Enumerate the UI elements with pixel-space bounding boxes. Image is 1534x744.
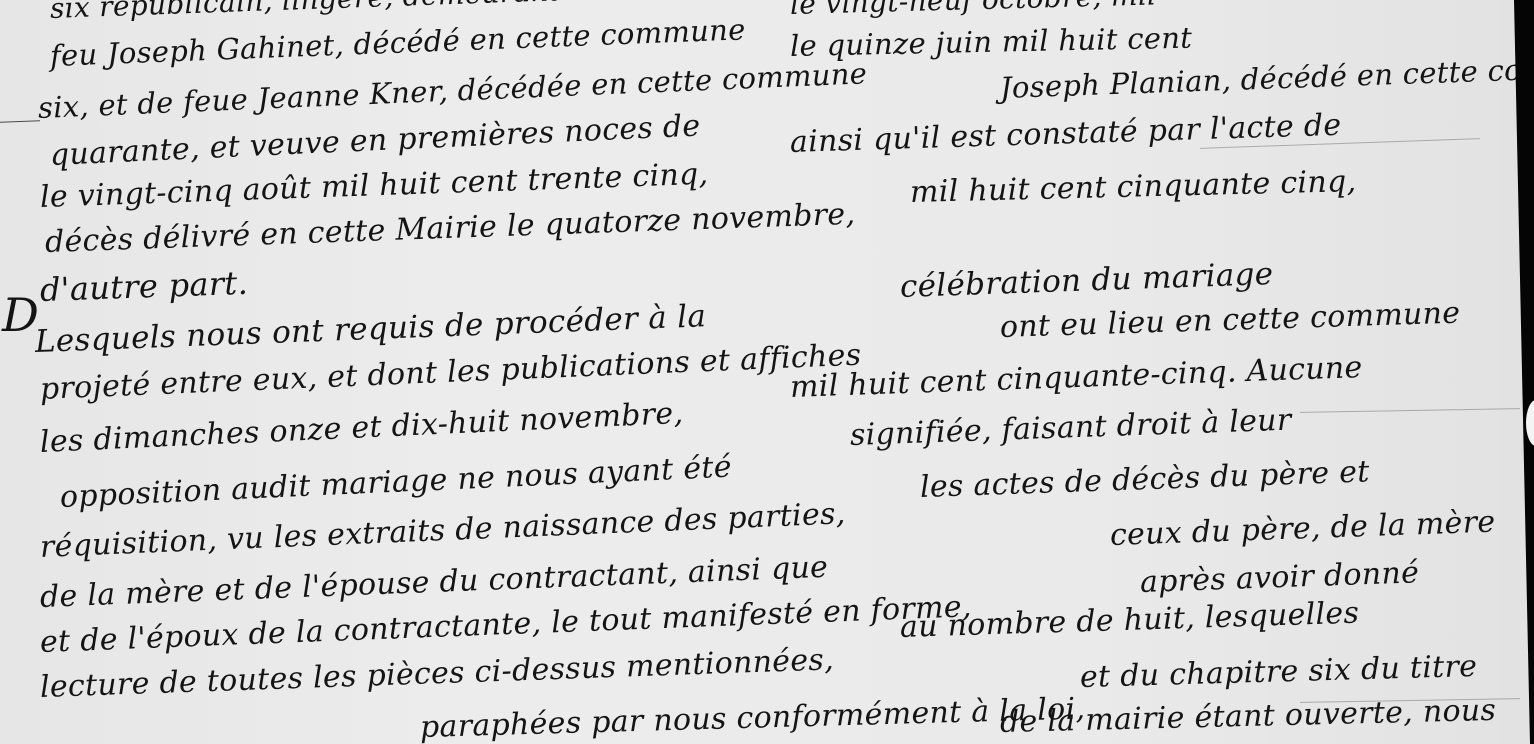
handwritten-line-segment: les actes de décès du père et bbox=[919, 454, 1370, 505]
handwritten-line-segment: ainsi qu'il est constaté par l'acte de bbox=[789, 108, 1341, 160]
handwritten-line-segment: six républicain, lingère, demeurant bbox=[49, 0, 560, 25]
register-page: six républicain, lingère, demeurantle vi… bbox=[0, 0, 1534, 744]
handwritten-line-segment: célébration du mariage bbox=[899, 256, 1274, 305]
handwritten-line-segment: signifiée, faisant droit à leur bbox=[849, 403, 1292, 453]
marginal-capital-mark: D bbox=[2, 288, 39, 342]
handwritten-line-segment: et du chapitre six du titre bbox=[1080, 649, 1478, 695]
ruled-line bbox=[1300, 408, 1520, 413]
handwritten-line-segment: mil huit cent cinquante-cinq. Aucune bbox=[789, 350, 1363, 405]
handwritten-line-segment: après avoir donné bbox=[1139, 555, 1419, 600]
handwritten-line-segment: d'autre part. bbox=[39, 264, 248, 309]
margin-rule bbox=[0, 120, 40, 122]
handwritten-line-segment: paraphées par nous conformément à la loi… bbox=[420, 691, 1086, 744]
handwritten-line-segment: les dimanches onze et dix-huit novembre, bbox=[39, 396, 684, 460]
handwritten-line-segment: feu Joseph Gahinet, décédé en cette comm… bbox=[49, 12, 746, 73]
handwritten-line-segment: mil huit cent cinquante cinq, bbox=[910, 164, 1357, 210]
handwritten-line-segment: ont eu lieu en cette commune bbox=[999, 296, 1460, 345]
handwritten-line-segment: le vingt-neuf octobre, mil bbox=[790, 0, 1157, 21]
handwritten-line-segment: ceux du père, de la mère bbox=[1109, 505, 1496, 553]
handwritten-line-segment: Joseph Planian, décédé en cette commune bbox=[999, 49, 1534, 105]
